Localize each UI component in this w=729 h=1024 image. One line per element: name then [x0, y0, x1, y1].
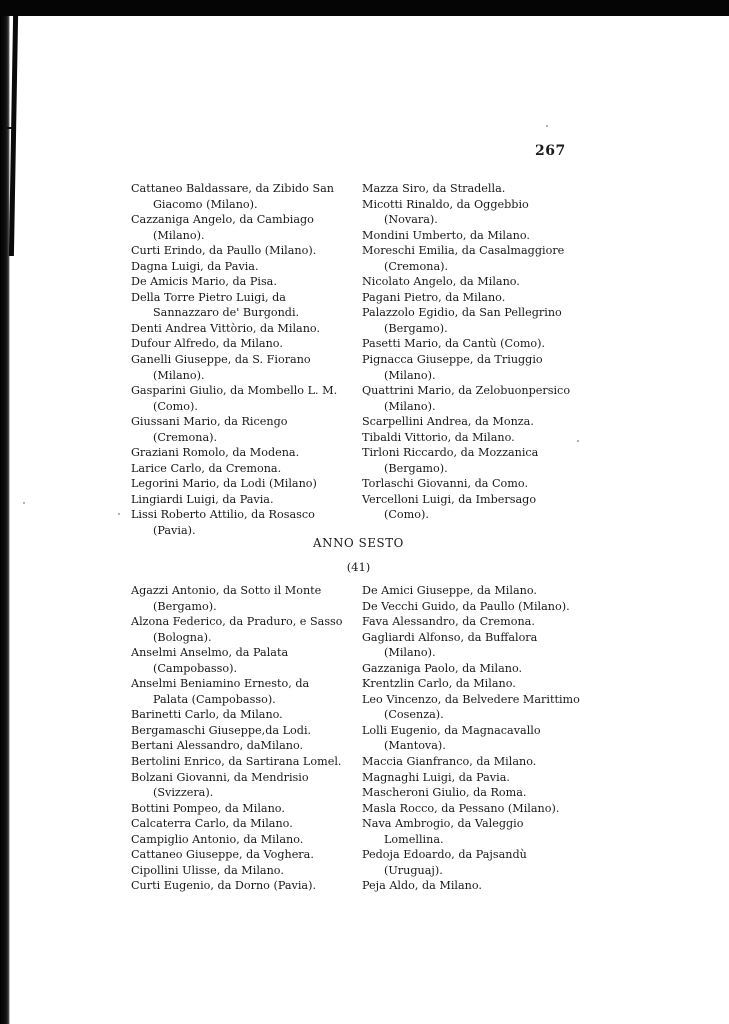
list-item: Scarpellini Andrea, da Monza. [362, 414, 580, 430]
scan-speck [546, 125, 548, 127]
section-count: (41) [347, 560, 371, 574]
list-item: Moreschi Emilia, da Casalmaggiore (Cremo… [362, 243, 580, 274]
list-item: Cattaneo Baldassare, da Zibido San Giaco… [131, 181, 343, 212]
list-item: Cattaneo Giuseppe, da Voghera. [131, 847, 343, 863]
section-count-row: (41) [0, 560, 729, 574]
list-item: Mascheroni Giulio, da Roma. [362, 785, 580, 801]
scan-speck [118, 513, 120, 515]
list-item: Quattrini Mario, da Zelobuonpersico (Mil… [362, 383, 580, 414]
list-item: Tibaldi Vittorio, da Milano. [362, 430, 580, 446]
list-item: De Amicis Mario, da Pisa. [131, 274, 343, 290]
list-item: Micotti Rinaldo, da Oggebbio (Novara). [362, 197, 580, 228]
list-item: Curti Erindo, da Paullo (Milano). [131, 243, 343, 259]
list-item: Bottini Pompeo, da Milano. [131, 801, 343, 817]
list-item: Dufour Alfredo, da Milano. [131, 336, 343, 352]
list-item: Gagliardi Alfonso, da Buffalora (Milano)… [362, 630, 580, 661]
section-one-left-column: Cattaneo Baldassare, da Zibido San Giaco… [131, 181, 343, 539]
list-item: Lolli Eugenio, da Magnacavallo (Mantova)… [362, 723, 580, 754]
list-item: Krentzlin Carlo, da Milano. [362, 676, 580, 692]
list-item: Anselmi Anselmo, da Palata (Campobasso). [131, 645, 343, 676]
list-item: Della Torre Pietro Luigi, da Sannazzaro … [131, 290, 343, 321]
list-item: Pasetti Mario, da Cantù (Como). [362, 336, 580, 352]
scan-binding-tick [4, 127, 13, 129]
section-two-right-column: De Amici Giuseppe, da Milano. De Vecchi … [362, 583, 580, 894]
list-item: Maccia Gianfranco, da Milano. [362, 754, 580, 770]
list-item: Alzona Federico, da Praduro, e Sasso (Bo… [131, 614, 343, 645]
list-item: Magnaghi Luigi, da Pavia. [362, 770, 580, 786]
list-item: De Amici Giuseppe, da Milano. [362, 583, 580, 599]
list-item: Bolzani Giovanni, da Mendrisio (Svizzera… [131, 770, 343, 801]
list-item: Tirloni Riccardo, da Mozzanica (Bergamo)… [362, 445, 580, 476]
scan-top-border [0, 0, 729, 16]
list-item: Graziani Romolo, da Modena. [131, 445, 343, 461]
page-number: 267 [535, 143, 566, 159]
list-item: Palazzolo Egidio, da San Pellegrino (Ber… [362, 305, 580, 336]
list-item: De Vecchi Guido, da Paullo (Milano). [362, 599, 580, 615]
scan-binding-line [9, 16, 18, 256]
list-item: Vercelloni Luigi, da Imbersago (Como). [362, 492, 580, 523]
list-item: Nava Ambrogio, da Valeggio Lomellina. [362, 816, 580, 847]
list-item: Calcaterra Carlo, da Milano. [131, 816, 343, 832]
list-item: Fava Alessandro, da Cremona. [362, 614, 580, 630]
list-item: Mondini Umberto, da Milano. [362, 228, 580, 244]
list-item: Pedoja Edoardo, da Pajsandù (Uruguaj). [362, 847, 580, 878]
list-item: Bertolini Enrico, da Sartirana Lomel. [131, 754, 343, 770]
section-heading: ANNO SESTO [0, 536, 729, 550]
list-item: Cipollini Ulisse, da Milano. [131, 863, 343, 879]
list-item: Ganelli Giuseppe, da S. Fiorano (Milano)… [131, 352, 343, 383]
list-item: Lissi Roberto Attilio, da Rosasco (Pavia… [131, 507, 343, 538]
list-item: Torlaschi Giovanni, da Como. [362, 476, 580, 492]
list-item: Dagna Luigi, da Pavia. [131, 259, 343, 275]
list-item: Curti Eugenio, da Dorno (Pavia). [131, 878, 343, 894]
list-item: Bergamaschi Giuseppe,da Lodi. [131, 723, 343, 739]
list-item: Legorini Mario, da Lodi (Milano) [131, 476, 343, 492]
scan-speck [577, 440, 579, 442]
list-item: Pignacca Giuseppe, da Triuggio (Milano). [362, 352, 580, 383]
list-item: Bertani Alessandro, daMilano. [131, 738, 343, 754]
list-item: Masla Rocco, da Pessano (Milano). [362, 801, 580, 817]
list-item: Nicolato Angelo, da Milano. [362, 274, 580, 290]
list-item: Leo Vincenzo, da Belvedere Marittimo (Co… [362, 692, 580, 723]
list-item: Gazzaniga Paolo, da Milano. [362, 661, 580, 677]
scan-binding-edge [0, 16, 10, 1024]
list-item: Mazza Siro, da Stradella. [362, 181, 580, 197]
scan-speck [23, 502, 25, 504]
list-item: Agazzi Antonio, da Sotto il Monte (Berga… [131, 583, 343, 614]
list-item: Campiglio Antonio, da Milano. [131, 832, 343, 848]
list-item: Gasparini Giulio, da Mombello L. M. (Com… [131, 383, 343, 414]
list-item: Pagani Pietro, da Milano. [362, 290, 580, 306]
list-item: Giussani Mario, da Ricengo (Cremona). [131, 414, 343, 445]
list-item: Denti Andrea Vittòrio, da Milano. [131, 321, 343, 337]
section-two-left-column: Agazzi Antonio, da Sotto il Monte (Berga… [131, 583, 343, 894]
list-item: Barinetti Carlo, da Milano. [131, 707, 343, 723]
list-item: Peja Aldo, da Milano. [362, 878, 580, 894]
list-item: Anselmi Beniamino Ernesto, da Palata (Ca… [131, 676, 343, 707]
section-one-right-column: Mazza Siro, da Stradella. Micotti Rinald… [362, 181, 580, 523]
list-item: Lingiardi Luigi, da Pavia. [131, 492, 343, 508]
list-item: Larice Carlo, da Cremona. [131, 461, 343, 477]
section-title: ANNO SESTO [313, 536, 404, 550]
list-item: Cazzaniga Angelo, da Cambiago (Milano). [131, 212, 343, 243]
